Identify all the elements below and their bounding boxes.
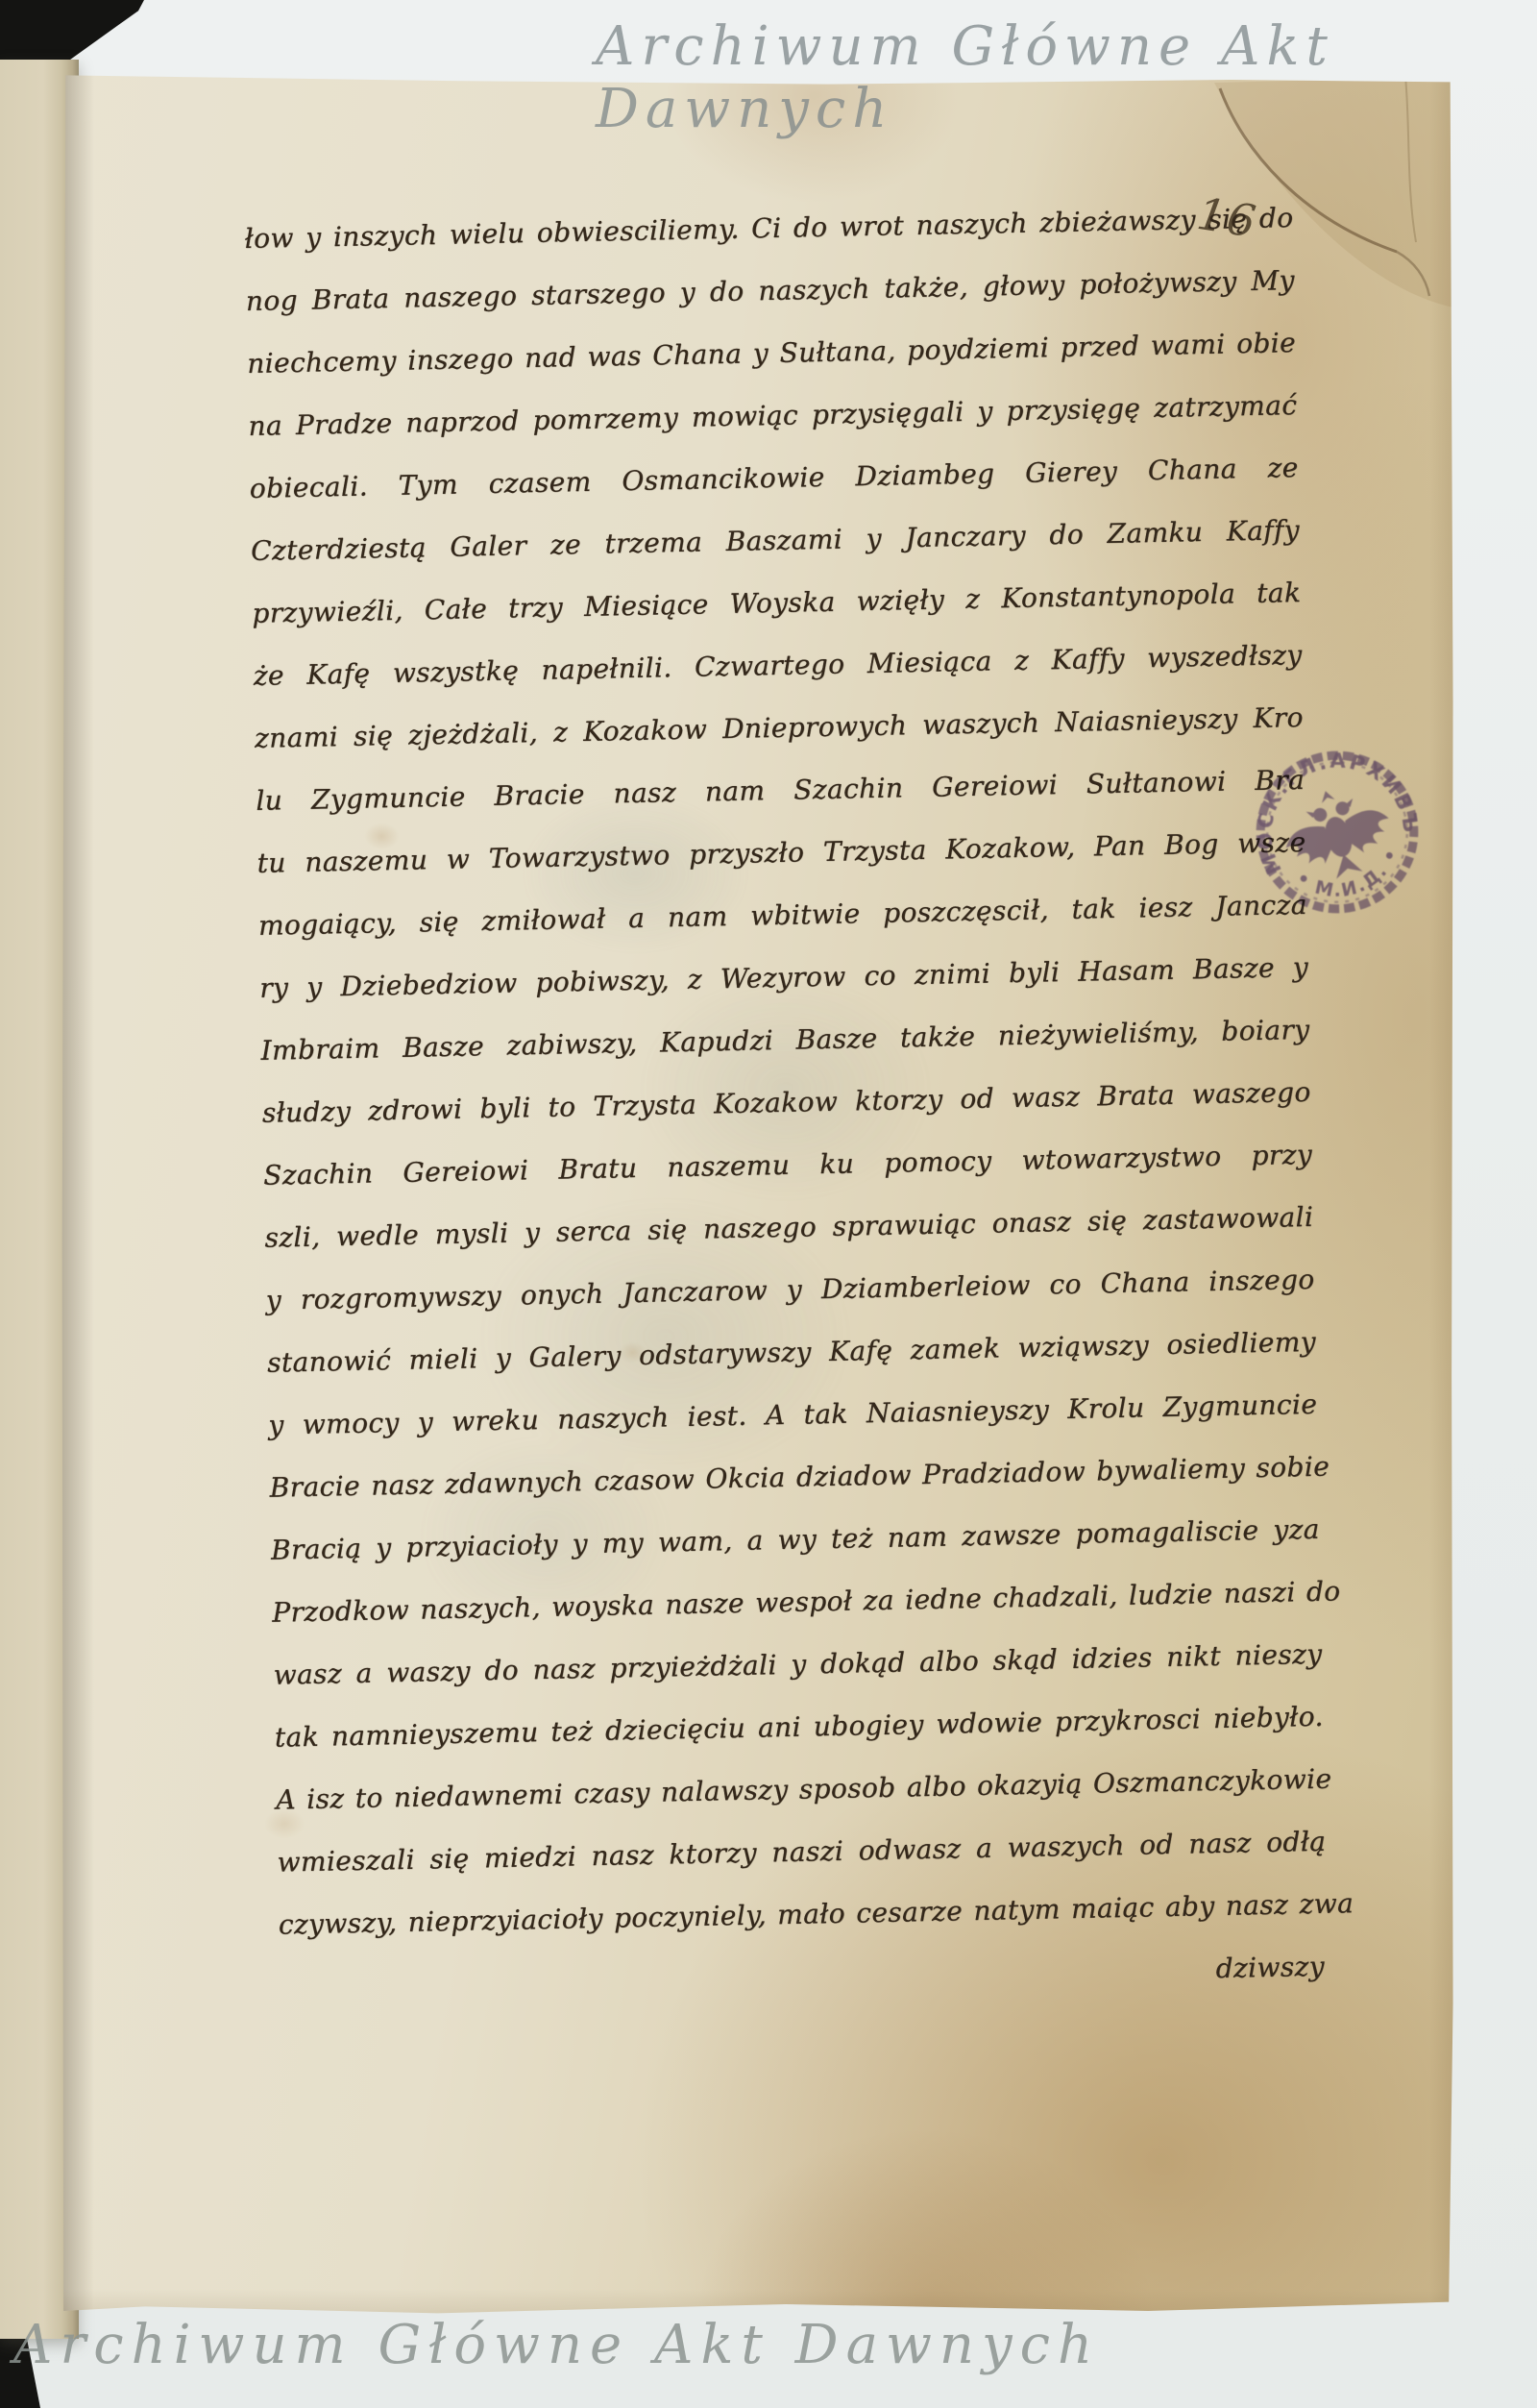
archive-stamp: МОСК.ГЛ.АРХИВЪ • М.И.Д. •	[1245, 740, 1429, 924]
manuscript-page: 16 łow y inszych wielu obwiesciliemy. Ci…	[61, 73, 1454, 2318]
crease-fold-edge	[1405, 77, 1416, 242]
crease-line-tail	[1397, 252, 1429, 296]
watermark-bottom: Archiwum Główne Akt Dawnych	[13, 2314, 1100, 2376]
manuscript-text: łow y inszych wielu obwiesciliemy. Ci do…	[244, 186, 1330, 2019]
